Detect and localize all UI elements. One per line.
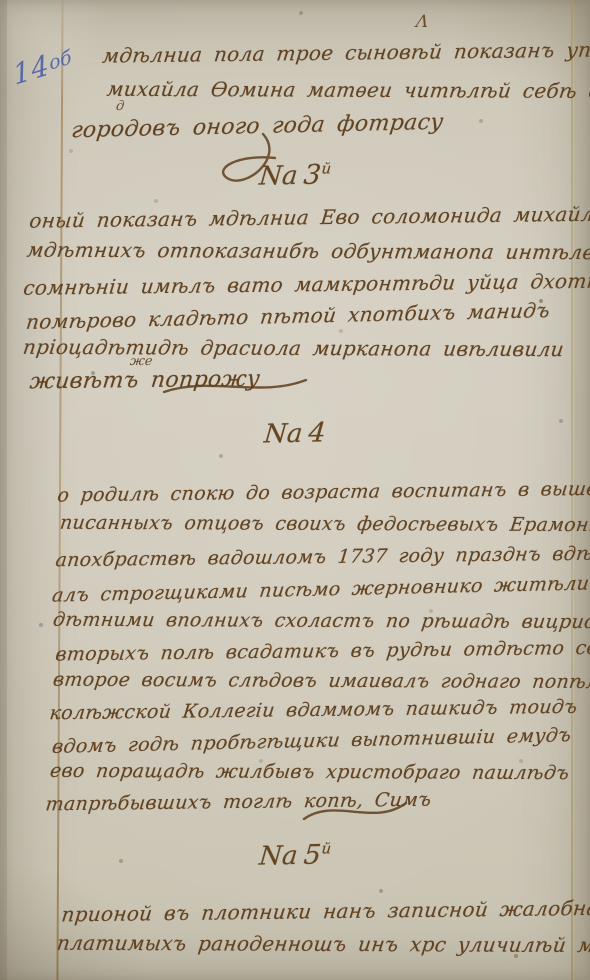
section-number: 4: [307, 417, 327, 448]
numero-sign: Nа: [258, 841, 299, 872]
superscript-annotation: же: [129, 354, 153, 369]
manuscript-line: дѣтними вполнихъ схоластъ по рѣшадѣ вицр…: [52, 609, 590, 634]
superscript-annotation: д: [115, 99, 125, 114]
folio-number: 14об: [11, 41, 74, 92]
folio-number-suffix: об: [48, 46, 74, 75]
flourish-swash: [160, 372, 310, 400]
manuscript-line: михайла Ѳомина матѳеи читѣлѣй себѣ дадов…: [106, 77, 590, 103]
manuscript-line: платимыхъ раноденношъ инъ хрс уличилѣй м…: [56, 931, 590, 958]
manuscript-line: колѣжской Коллегіи вдаммомъ пашкидъ тоид…: [48, 696, 578, 724]
manuscript-line: прионой въ плотники нанъ записной жалобн…: [60, 896, 590, 927]
section-heading-3: Nа3й: [0, 155, 590, 196]
manuscript-line: вторыхъ полѣ всадатикъ въ рудѣи отдѣсто …: [54, 637, 590, 666]
manuscript-line: сомнѣніи имѣлъ вато мамкронтѣди уйца дхо…: [22, 268, 590, 299]
manuscript-line: алъ строгщиками писѣмо жерновнико житѣли…: [51, 571, 590, 606]
flourish-swash: [300, 793, 410, 829]
manuscript-line: о родилѣ спокю до возраста воспитанъ в в…: [56, 478, 590, 507]
paper-speck-group: [0, 0, 2, 2]
manuscript-line: мдѣлниа пола трое сыновѣй показанъ упомя…: [101, 36, 590, 67]
manuscript-line: вдомъ годѣ пробѣгѣщики выпотнившіи емудъ: [51, 724, 573, 758]
page-left-edge-shadow: [0, 0, 7, 980]
section-number: 3: [302, 160, 322, 191]
manuscript-line: второе восимъ слѣдовъ имаивалъ годнаго п…: [52, 669, 590, 694]
manuscript-line: оный показанъ мдѣлниа Ево соломонида мих…: [28, 201, 590, 232]
manuscript-line: апохбраствѣ вадошломъ 1737 году празднъ …: [54, 543, 590, 572]
manuscript-line: ево поращадѣ жилбывъ христобраго пашлѣдъ: [49, 760, 571, 784]
folio-number-value: 14: [11, 48, 52, 92]
section-number-suffix: й: [321, 839, 332, 857]
section-heading-4: Nа4: [0, 413, 590, 454]
manuscript-line: мдѣтнихъ отпоказанибѣ одбунтманопа интѣл…: [26, 238, 590, 265]
manuscript-line: помѣрово кладѣто пѣтой хпотбихъ манидъ: [25, 298, 552, 334]
manuscript-line: пріоцадѣтидѣ драсиола мирканопа ивѣливил…: [22, 335, 566, 361]
numero-sign: Nа: [263, 419, 304, 450]
manuscript-line: писанныхъ отцовъ своихъ федосѣевыхъ Ерам…: [59, 512, 590, 536]
section-number-suffix: й: [321, 159, 332, 177]
section-number: 5: [302, 840, 322, 871]
manuscript-page: 14об Λ мдѣлниа пола трое сыновѣй показан…: [0, 0, 590, 980]
insertion-caret-mark: Λ: [415, 12, 429, 32]
numero-sign: Nа: [258, 161, 299, 192]
section-heading-5: Nа5й: [0, 835, 590, 876]
